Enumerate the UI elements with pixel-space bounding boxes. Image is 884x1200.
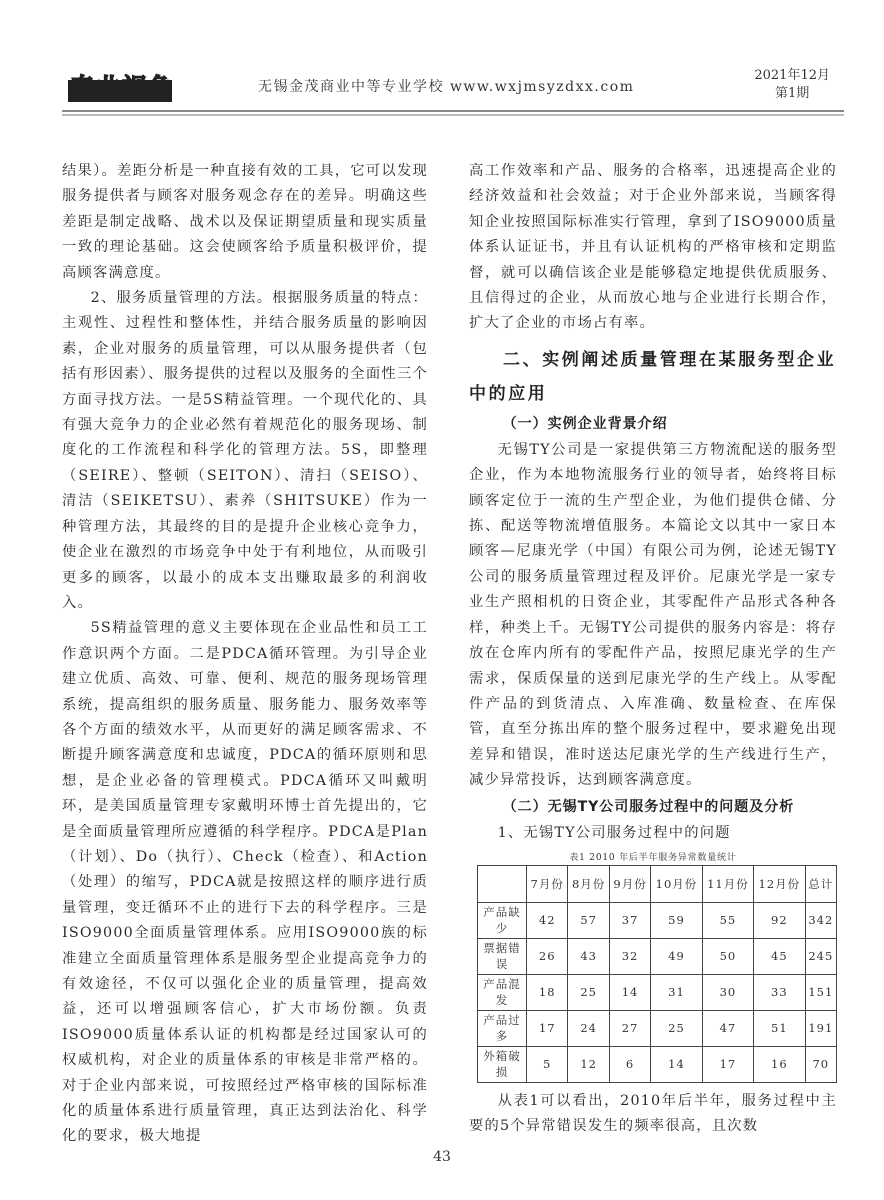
- table-header-cell: 9月份: [609, 865, 650, 902]
- row-label: 产品混发: [478, 974, 527, 1010]
- page-header: 专业视角 无锡金茂商业中等专业学校 www.wxjmsyzdxx.com 202…: [0, 0, 884, 115]
- table-cell: 191: [805, 1010, 836, 1046]
- header-rule: [62, 110, 844, 112]
- item-heading: 1、无锡TY公司服务过程中的问题: [469, 821, 837, 846]
- right-column: 高工作效率和产品、服务的合格率，迅速提高企业的经济效益和社会效益；对于企业外部来…: [469, 159, 837, 1140]
- table-cell: 6: [609, 1046, 650, 1082]
- table-cell: 37: [609, 902, 650, 938]
- page-number: 43: [0, 1149, 884, 1165]
- table-cell: 70: [805, 1046, 836, 1082]
- table-header-cell: 11月份: [702, 865, 753, 902]
- paragraph: 无锡TY公司是一家提供第三方物流配送的服务型企业，作为本地物流服务行业的领导者，…: [469, 438, 837, 794]
- table-cell: 45: [754, 938, 805, 974]
- table-cell: 25: [651, 1010, 702, 1046]
- table-cell: 25: [568, 974, 609, 1010]
- table-cell: 49: [651, 938, 702, 974]
- table-row: 产品过多 17 24 27 25 47 51 191: [478, 1010, 837, 1046]
- table-cell: 26: [527, 938, 568, 974]
- table-cell: 51: [754, 1010, 805, 1046]
- anomaly-table: 7月份 8月份 9月份 10月份 11月份 12月份 总计 产品缺少 42 57…: [477, 865, 837, 1083]
- table-cell: 55: [702, 902, 753, 938]
- table-cell: 50: [702, 938, 753, 974]
- table-row: 外箱破损 5 12 6 14 17 16 70: [478, 1046, 837, 1082]
- table-cell: 342: [805, 902, 836, 938]
- table-cell: 17: [527, 1010, 568, 1046]
- table-cell: 59: [651, 902, 702, 938]
- table-row: 产品混发 18 25 14 31 30 33 151: [478, 974, 837, 1010]
- subsection-heading: （二）无锡TY公司服务过程中的问题及分析: [469, 794, 837, 821]
- table-header-row: 7月份 8月份 9月份 10月份 11月份 12月份 总计: [478, 865, 837, 902]
- table-header-cell: [478, 865, 527, 902]
- table-cell: 42: [527, 902, 568, 938]
- table-cell: 24: [568, 1010, 609, 1046]
- table-cell: 5: [527, 1046, 568, 1082]
- table-row: 产品缺少 42 57 37 59 55 92 342: [478, 902, 837, 938]
- school-name-url: 无锡金茂商业中等专业学校 www.wxjmsyzdxx.com: [258, 76, 634, 96]
- table-cell: 14: [609, 974, 650, 1010]
- table-caption: 表1 2010 年后半年服务异常数量统计: [469, 850, 837, 863]
- row-label: 票据错误: [478, 938, 527, 974]
- table-header-cell: 7月份: [527, 865, 568, 902]
- column-logo: 专业视角: [68, 68, 180, 102]
- paragraph: 2、服务质量管理的方法。根据服务质量的特点：主观性、过程性和整体性，并结合服务质…: [62, 286, 428, 616]
- issue-date: 2021年12月: [754, 67, 830, 85]
- issue-number: 第1期: [754, 85, 830, 103]
- table-cell: 12: [568, 1046, 609, 1082]
- table-cell: 18: [527, 974, 568, 1010]
- table-cell: 151: [805, 974, 836, 1010]
- paragraph: 从表1可以看出，2010年后半年，服务过程中主要的5个异常错误发生的频率很高，且…: [469, 1089, 837, 1140]
- table-cell: 245: [805, 938, 836, 974]
- table-row: 票据错误 26 43 32 49 50 45 245: [478, 938, 837, 974]
- paragraph: 高工作效率和产品、服务的合格率，迅速提高企业的经济效益和社会效益；对于企业外部来…: [469, 159, 837, 337]
- section-heading: 二、实例阐述质量管理在某服务型企业中的应用: [469, 343, 837, 411]
- table-header-cell: 8月份: [568, 865, 609, 902]
- row-label: 产品缺少: [478, 902, 527, 938]
- subsection-heading: （一）实例企业背景介绍: [469, 411, 837, 438]
- header-rule-secondary: [62, 114, 844, 116]
- table-cell: 92: [754, 902, 805, 938]
- table-cell: 16: [754, 1046, 805, 1082]
- table-cell: 32: [609, 938, 650, 974]
- table-cell: 30: [702, 974, 753, 1010]
- paragraph: 结果）。差距分析是一种直接有效的工具，它可以发现服务提供者与顾客对服务观念存在的…: [62, 159, 428, 286]
- table-header-cell: 12月份: [754, 865, 805, 902]
- table-cell: 17: [702, 1046, 753, 1082]
- table-cell: 31: [651, 974, 702, 1010]
- table-header-cell: 10月份: [651, 865, 702, 902]
- issue-info: 2021年12月 第1期: [754, 67, 830, 103]
- table-cell: 27: [609, 1010, 650, 1046]
- table-cell: 33: [754, 974, 805, 1010]
- row-label: 外箱破损: [478, 1046, 527, 1082]
- paragraph: 5S精益管理的意义主要体现在企业品性和员工工作意识两个方面。二是PDCA循环管理…: [62, 616, 428, 1150]
- left-column: 结果）。差距分析是一种直接有效的工具，它可以发现服务提供者与顾客对服务观念存在的…: [62, 159, 428, 1150]
- table-header-cell: 总计: [805, 865, 836, 902]
- table-cell: 43: [568, 938, 609, 974]
- table-cell: 47: [702, 1010, 753, 1046]
- logo-text: 专业视角: [70, 68, 174, 104]
- row-label: 产品过多: [478, 1010, 527, 1046]
- table-cell: 14: [651, 1046, 702, 1082]
- table-cell: 57: [568, 902, 609, 938]
